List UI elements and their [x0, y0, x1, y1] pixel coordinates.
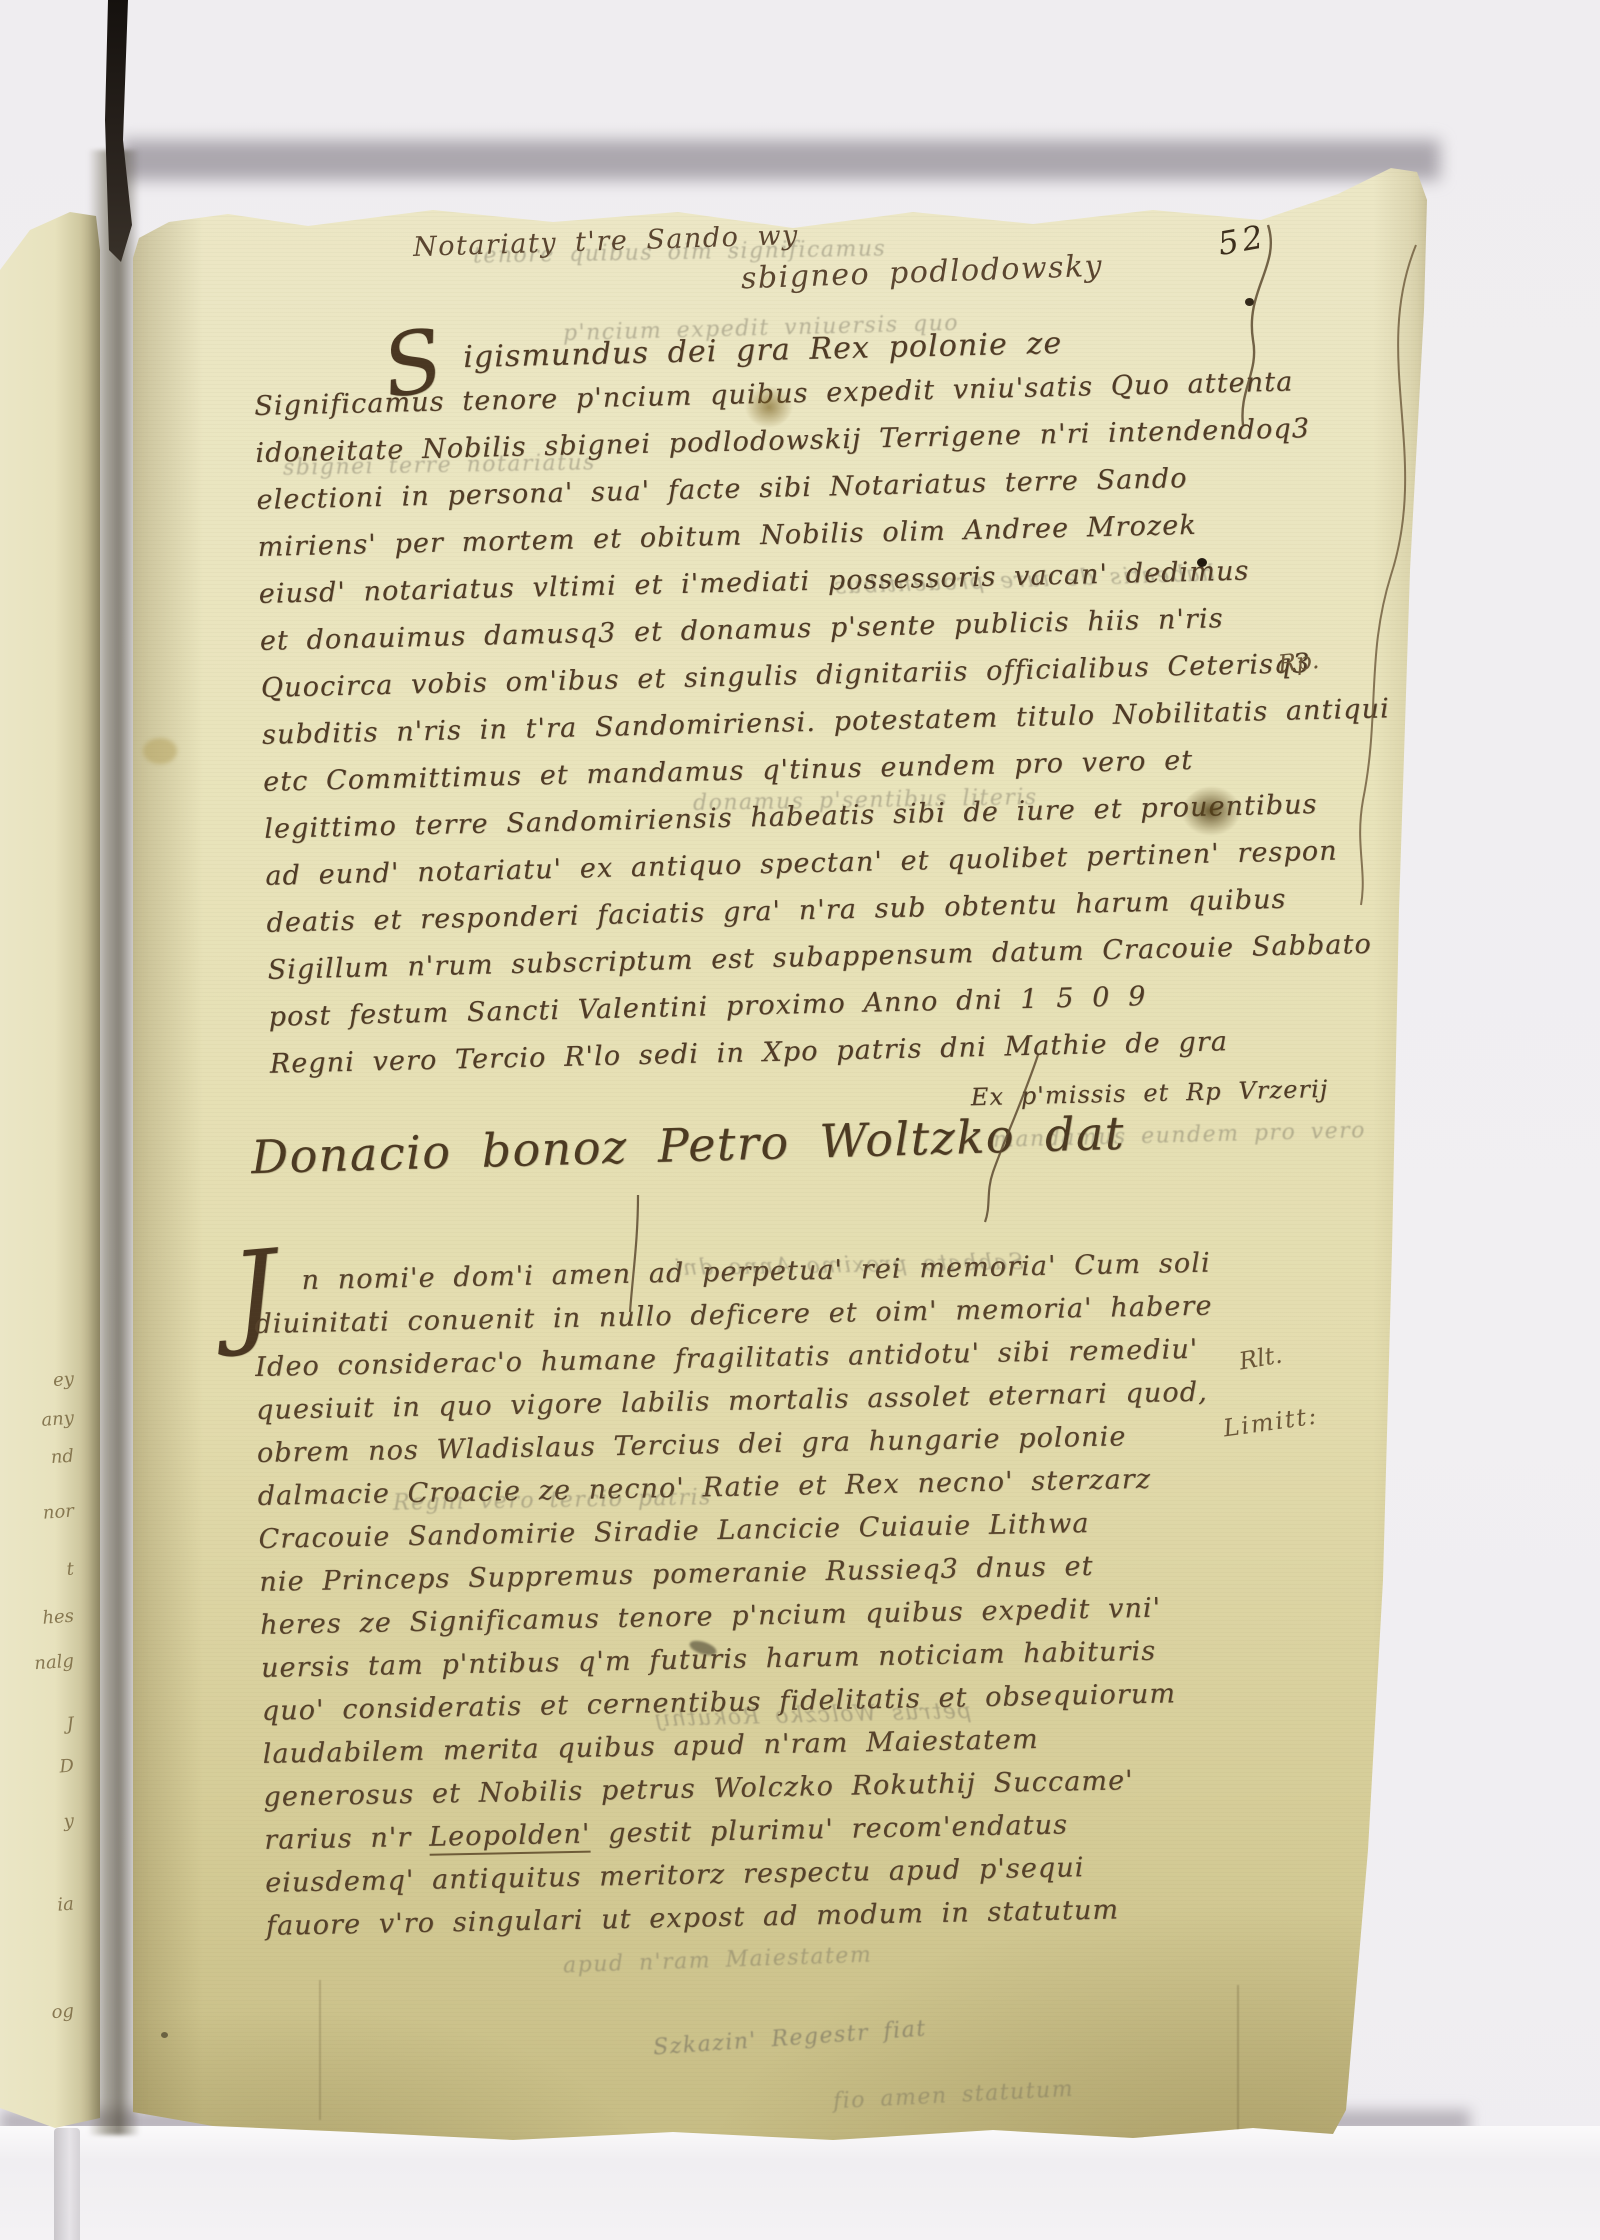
facing-page-text-fragment: nd — [3, 1448, 74, 1471]
facing-page-text-fragment: t — [3, 1561, 74, 1584]
manuscript-line: Ideo considerac'o humane fragilitatis an… — [255, 1336, 1199, 1381]
manuscript-line: laudabilem merita quibus apud n'ram Maie… — [262, 1726, 1039, 1768]
line-segment: rarius n'r — [264, 1822, 429, 1856]
facing-page-text-fragment: nor — [3, 1503, 74, 1526]
facing-page-text-fragment: any — [3, 1410, 74, 1433]
manuscript-line-leopold: rarius n'r Leopolden' gestit plurimu' re… — [264, 1811, 1068, 1853]
stain — [143, 738, 177, 764]
manuscript-line: dalmacie Croacie ze necno' Ratie et Rex … — [257, 1466, 1151, 1510]
paragraph-donation: J n nomi'e dom'i amen ad perpetua' rei m… — [112, 128, 1450, 2148]
manuscript-line: nie Princeps Suppremus pomeranie Russieq… — [259, 1553, 1094, 1596]
facing-page-text-fragment: y — [3, 1813, 74, 1836]
crease — [319, 1980, 321, 2120]
facing-page-text-fragment: J — [3, 1716, 74, 1739]
facing-page-text-fragment: hes — [3, 1608, 74, 1631]
facing-page-text-fragment: ey — [3, 1371, 74, 1394]
manuscript-line: quo' consideratis et cernentibus fidelit… — [262, 1680, 1177, 1725]
facing-page-edge: ey any nd nor t hes nalg J D y ia og — [0, 120, 100, 2130]
crease — [1237, 1985, 1239, 2135]
ink-blot — [1197, 558, 1207, 567]
page-top-shadow — [120, 140, 1440, 180]
manuscript-line: n nomi'e dom'i amen ad perpetua' rei mem… — [301, 1250, 1211, 1294]
manuscript-line: heres ze Significamus tenore p'ncium qui… — [260, 1595, 1161, 1639]
facing-page-text-fragment: D — [3, 1758, 74, 1781]
speck — [161, 2032, 168, 2038]
gutter-shadow — [88, 150, 140, 2135]
book-cradle-edge — [54, 2128, 80, 2240]
manuscript-line: generosus et Nobilis petrus Wolczko Roku… — [263, 1767, 1134, 1811]
manuscript-page: tenore quibus oim significamus p'ncium e… — [133, 150, 1433, 2145]
manuscript-scan: ey any nd nor t hes nalg J D y ia og ten… — [0, 0, 1600, 2240]
manuscript-line: quesiuit in quo vigore labilis mortalis … — [256, 1379, 1208, 1424]
manuscript-line: fauore v'ro singulari ut expost ad modum… — [266, 1896, 1120, 1939]
manuscript-line: obrem nos Wladislaus Tercius dei gra hun… — [257, 1423, 1127, 1467]
facing-page-text-fragment: og — [3, 2003, 74, 2026]
manuscript-line: eiusdemq' antiquitus meritorz respectu a… — [265, 1854, 1085, 1897]
underlined-word: Leopolden' — [429, 1819, 591, 1856]
margin-note-rlt: Rlt. — [1237, 1342, 1284, 1373]
manuscript-line: diuinitati conuenit in nullo deficere et… — [254, 1293, 1213, 1338]
facing-page-text-fragment: ia — [3, 1896, 74, 1919]
manuscript-line: Cracouie Sandomirie Siradie Lancicie Cui… — [258, 1510, 1089, 1553]
line-segment: gestit plurimu' recom'endatus — [590, 1809, 1068, 1849]
backing-sheet — [0, 2126, 1600, 2240]
facing-page-text-fragment: nalg — [3, 1653, 74, 1676]
margin-note-rp: Rp. — [1277, 648, 1320, 676]
